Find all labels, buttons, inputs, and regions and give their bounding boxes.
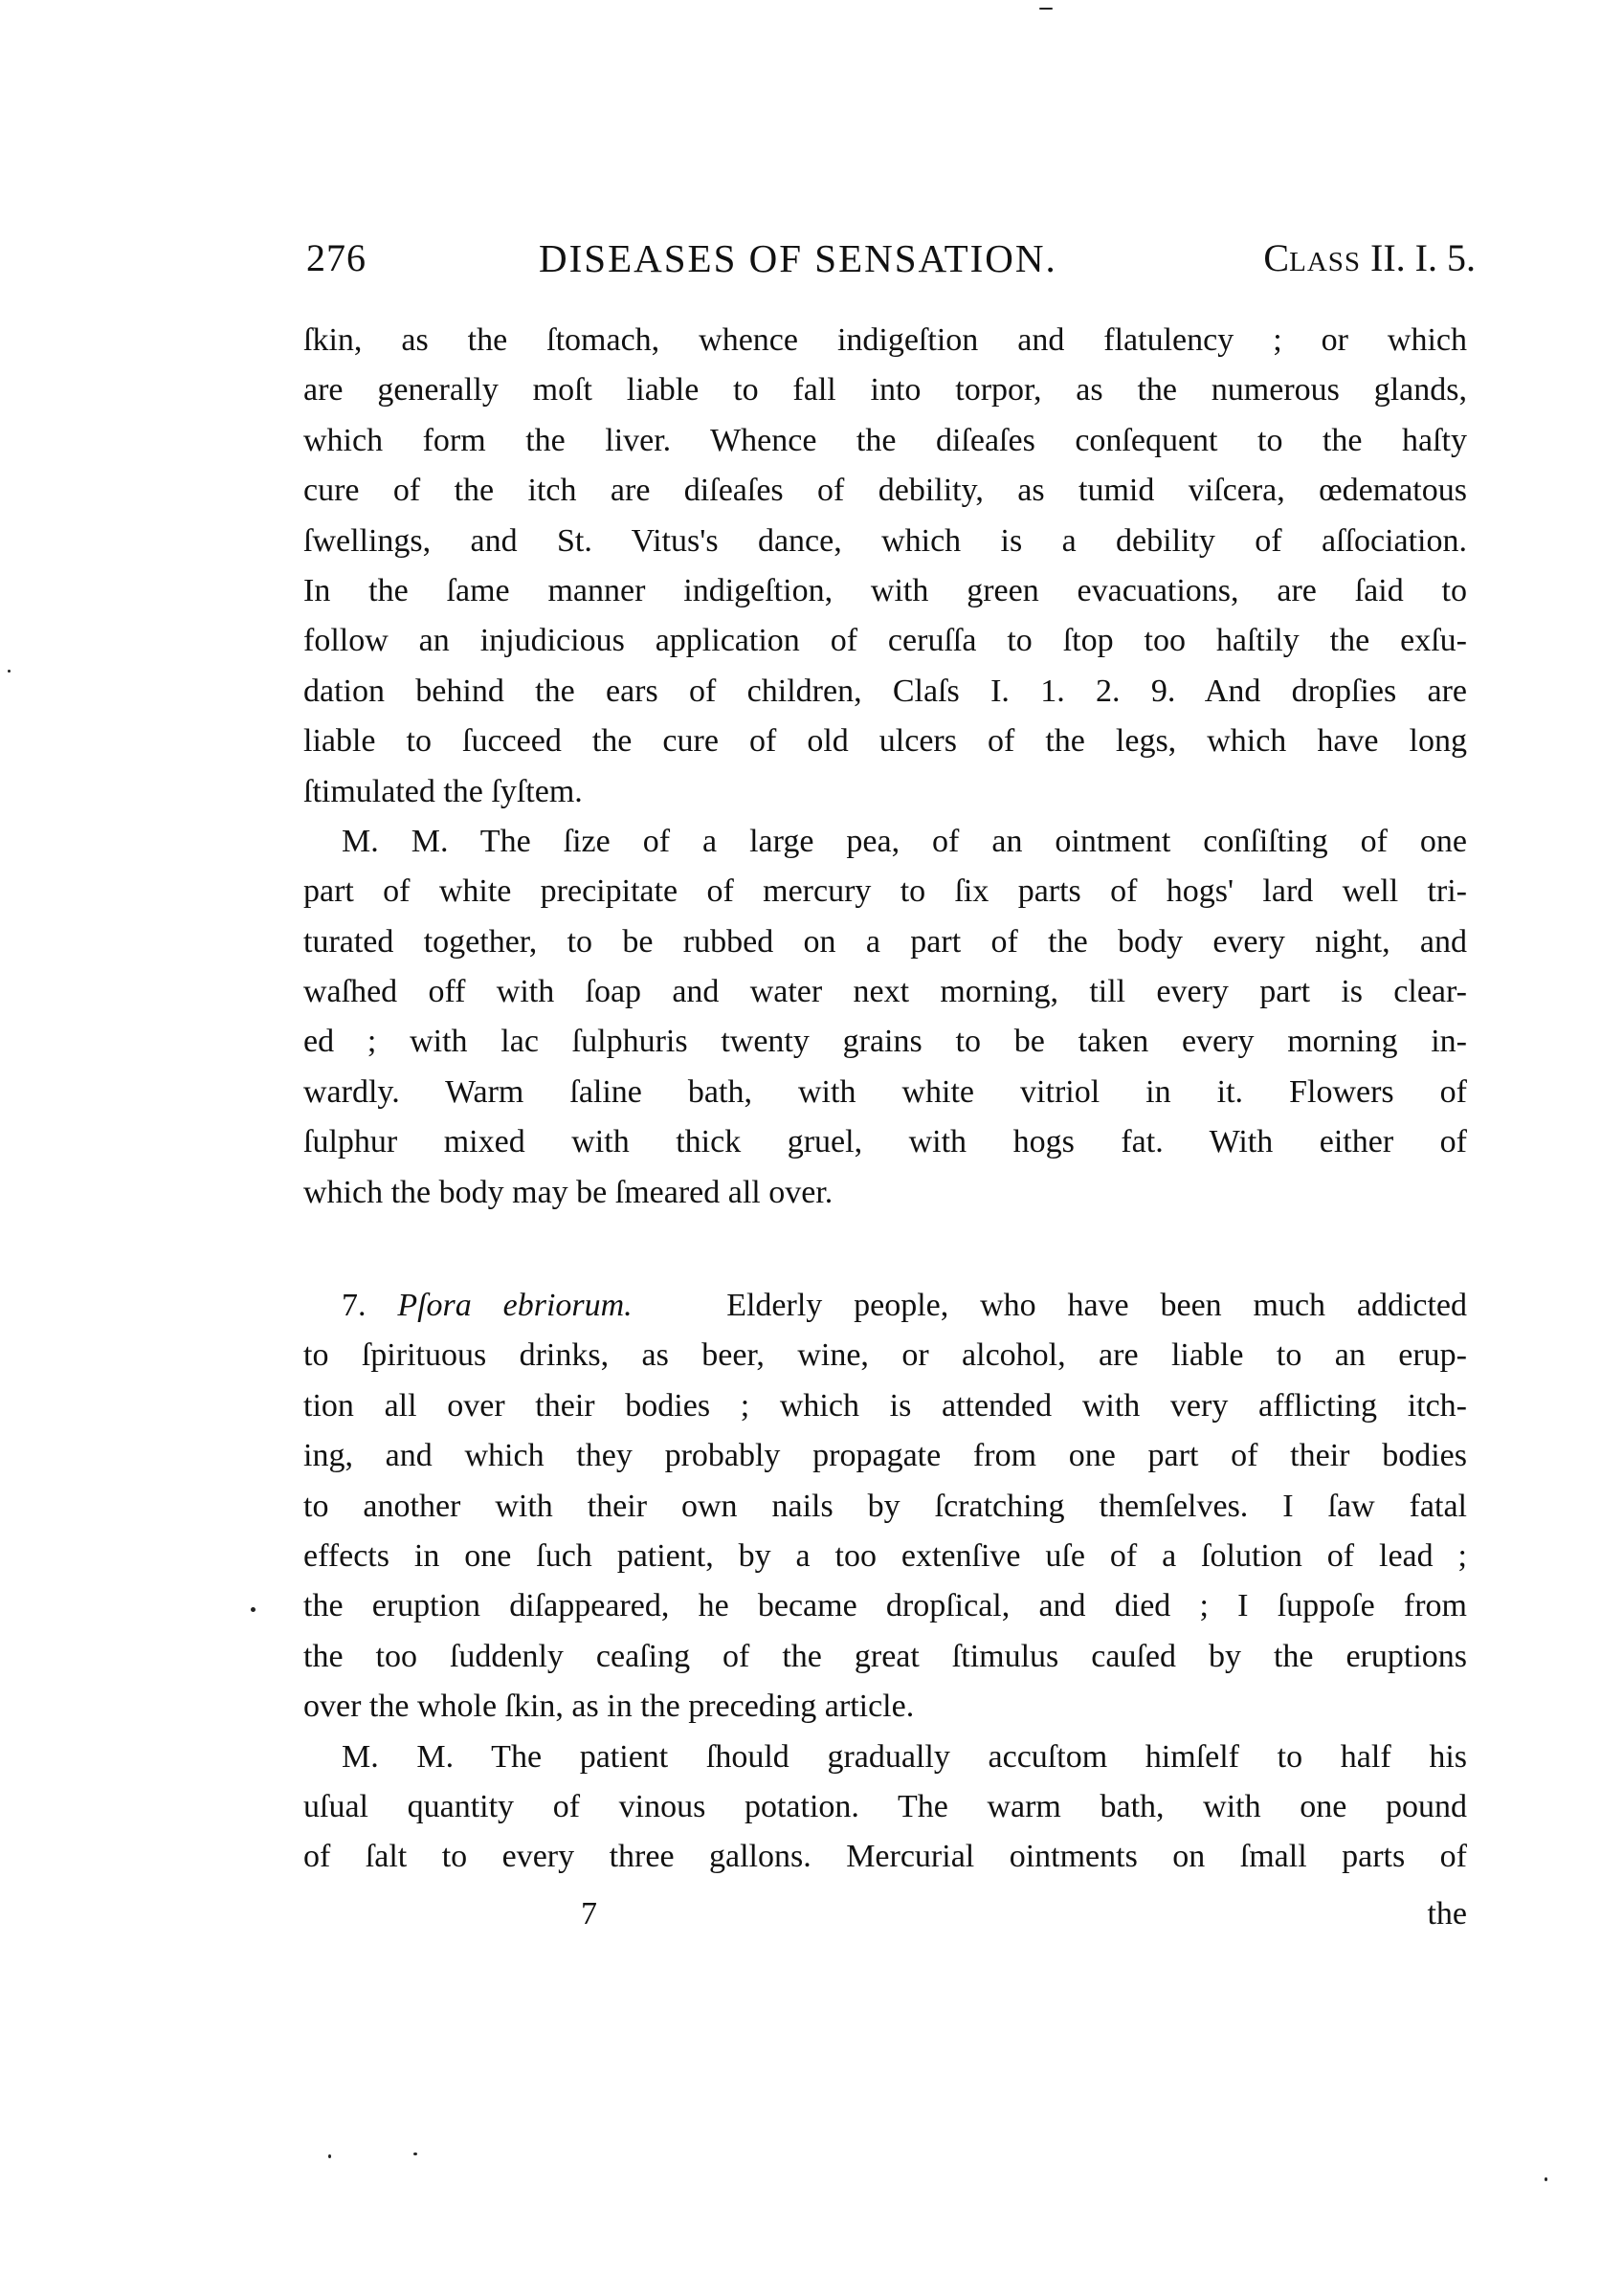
- text-line: the too ſuddenly ceaſing of the great ſt…: [303, 1632, 1467, 1682]
- text-line: turated together, to be rubbed on a part…: [303, 917, 1467, 967]
- text-line: dation behind the ears of children, Claſ…: [303, 667, 1467, 717]
- scan-speck: [1545, 2177, 1547, 2181]
- scan-speck: [413, 2152, 417, 2155]
- text-line: of ſalt to every three gallons. Mercuria…: [303, 1832, 1467, 1882]
- text-line: to ſpirituous drinks, as beer, wine, or …: [303, 1331, 1467, 1380]
- text-line: ſtimulated the ſyſtem.: [303, 767, 1467, 817]
- section-first-line-text: Elderly people, who have been much addic…: [726, 1288, 1467, 1323]
- text-line: ſulphur mixed with thick gruel, with hog…: [303, 1117, 1467, 1167]
- class-prefix: C: [1263, 236, 1289, 279]
- signature-mark: 7: [581, 1889, 597, 1939]
- text-line: ſkin, as the ſtomach, whence indigeſtion…: [303, 316, 1467, 365]
- text-line: ing, and which they probably propagate f…: [303, 1431, 1467, 1481]
- class-smallcaps: LASS: [1289, 247, 1361, 277]
- text-line: the eruption diſappeared, he became drop…: [303, 1581, 1467, 1631]
- class-reference: CLASS II. I. 5.: [1263, 233, 1476, 287]
- running-title: DISEASES OF SENSATION.: [539, 233, 1057, 283]
- text-line: follow an injudicious application of cer…: [303, 616, 1467, 666]
- text-line: wardly. Warm ſaline bath, with white vit…: [303, 1068, 1467, 1117]
- class-suffix: II. I. 5.: [1361, 236, 1476, 279]
- text-line: waſhed off with ſoap and water next morn…: [303, 967, 1467, 1017]
- scan-speck: [8, 670, 11, 673]
- scan-speck: [328, 2154, 331, 2158]
- section-gap: [303, 1218, 1467, 1281]
- section-heading-line: 7. Pſora ebriorum. Elderly people, who h…: [303, 1281, 1467, 1331]
- scan-speck: [1039, 8, 1053, 10]
- text-line: part of white precipitate of mercury to …: [303, 867, 1467, 916]
- text-line: liable to ſucceed the cure of old ulcers…: [303, 717, 1467, 766]
- body-text: ſkin, as the ſtomach, whence indigeſtion…: [303, 316, 1467, 1883]
- paragraph-materia-medica-2: M. M. The patient ſhould gradually accuſ…: [303, 1733, 1467, 1883]
- section-number: 7.: [342, 1288, 367, 1323]
- text-line: effects in one ſuch patient, by a too ex…: [303, 1532, 1467, 1581]
- text-line: are generally moſt liable to fall into t…: [303, 365, 1467, 415]
- scan-speck: [251, 1607, 256, 1612]
- running-head: 276 DISEASES OF SENSATION. CLASS II. I. …: [306, 233, 1476, 283]
- catchword: the: [1427, 1889, 1467, 1939]
- text-line: which form the liver. Whence the diſeaſe…: [303, 416, 1467, 466]
- text-line: uſual quantity of vinous potation. The w…: [303, 1782, 1467, 1832]
- text-line: cure of the itch are diſeaſes of debilit…: [303, 466, 1467, 516]
- book-page: 276 DISEASES OF SENSATION. CLASS II. I. …: [0, 0, 1623, 2296]
- paragraph-materia-medica-1: M. M. The ſize of a large pea, of an oin…: [303, 817, 1467, 1218]
- text-line: tion all over their bodies ; which is at…: [303, 1381, 1467, 1431]
- text-line: M. M. The patient ſhould gradually accuſ…: [303, 1733, 1467, 1782]
- section-title: Pſora ebriorum.: [397, 1288, 632, 1323]
- text-line: M. M. The ſize of a large pea, of an oin…: [303, 817, 1467, 867]
- footer-catchline: 7 the: [303, 1889, 1467, 1939]
- text-line: which the body may be ſmeared all over.: [303, 1168, 1467, 1218]
- paragraph-psora-ebriorum: 7. Pſora ebriorum. Elderly people, who h…: [303, 1281, 1467, 1733]
- page-number: 276: [306, 233, 367, 283]
- text-line: to another with their own nails by ſcrat…: [303, 1482, 1467, 1532]
- text-line: ſwellings, and St. Vitus's dance, which …: [303, 517, 1467, 566]
- text-line: In the ſame manner indigeſtion, with gre…: [303, 566, 1467, 616]
- text-line: ed ; with lac ſulphuris twenty grains to…: [303, 1017, 1467, 1067]
- paragraph-continuation: ſkin, as the ſtomach, whence indigeſtion…: [303, 316, 1467, 817]
- text-line: over the whole ſkin, as in the preceding…: [303, 1682, 1467, 1732]
